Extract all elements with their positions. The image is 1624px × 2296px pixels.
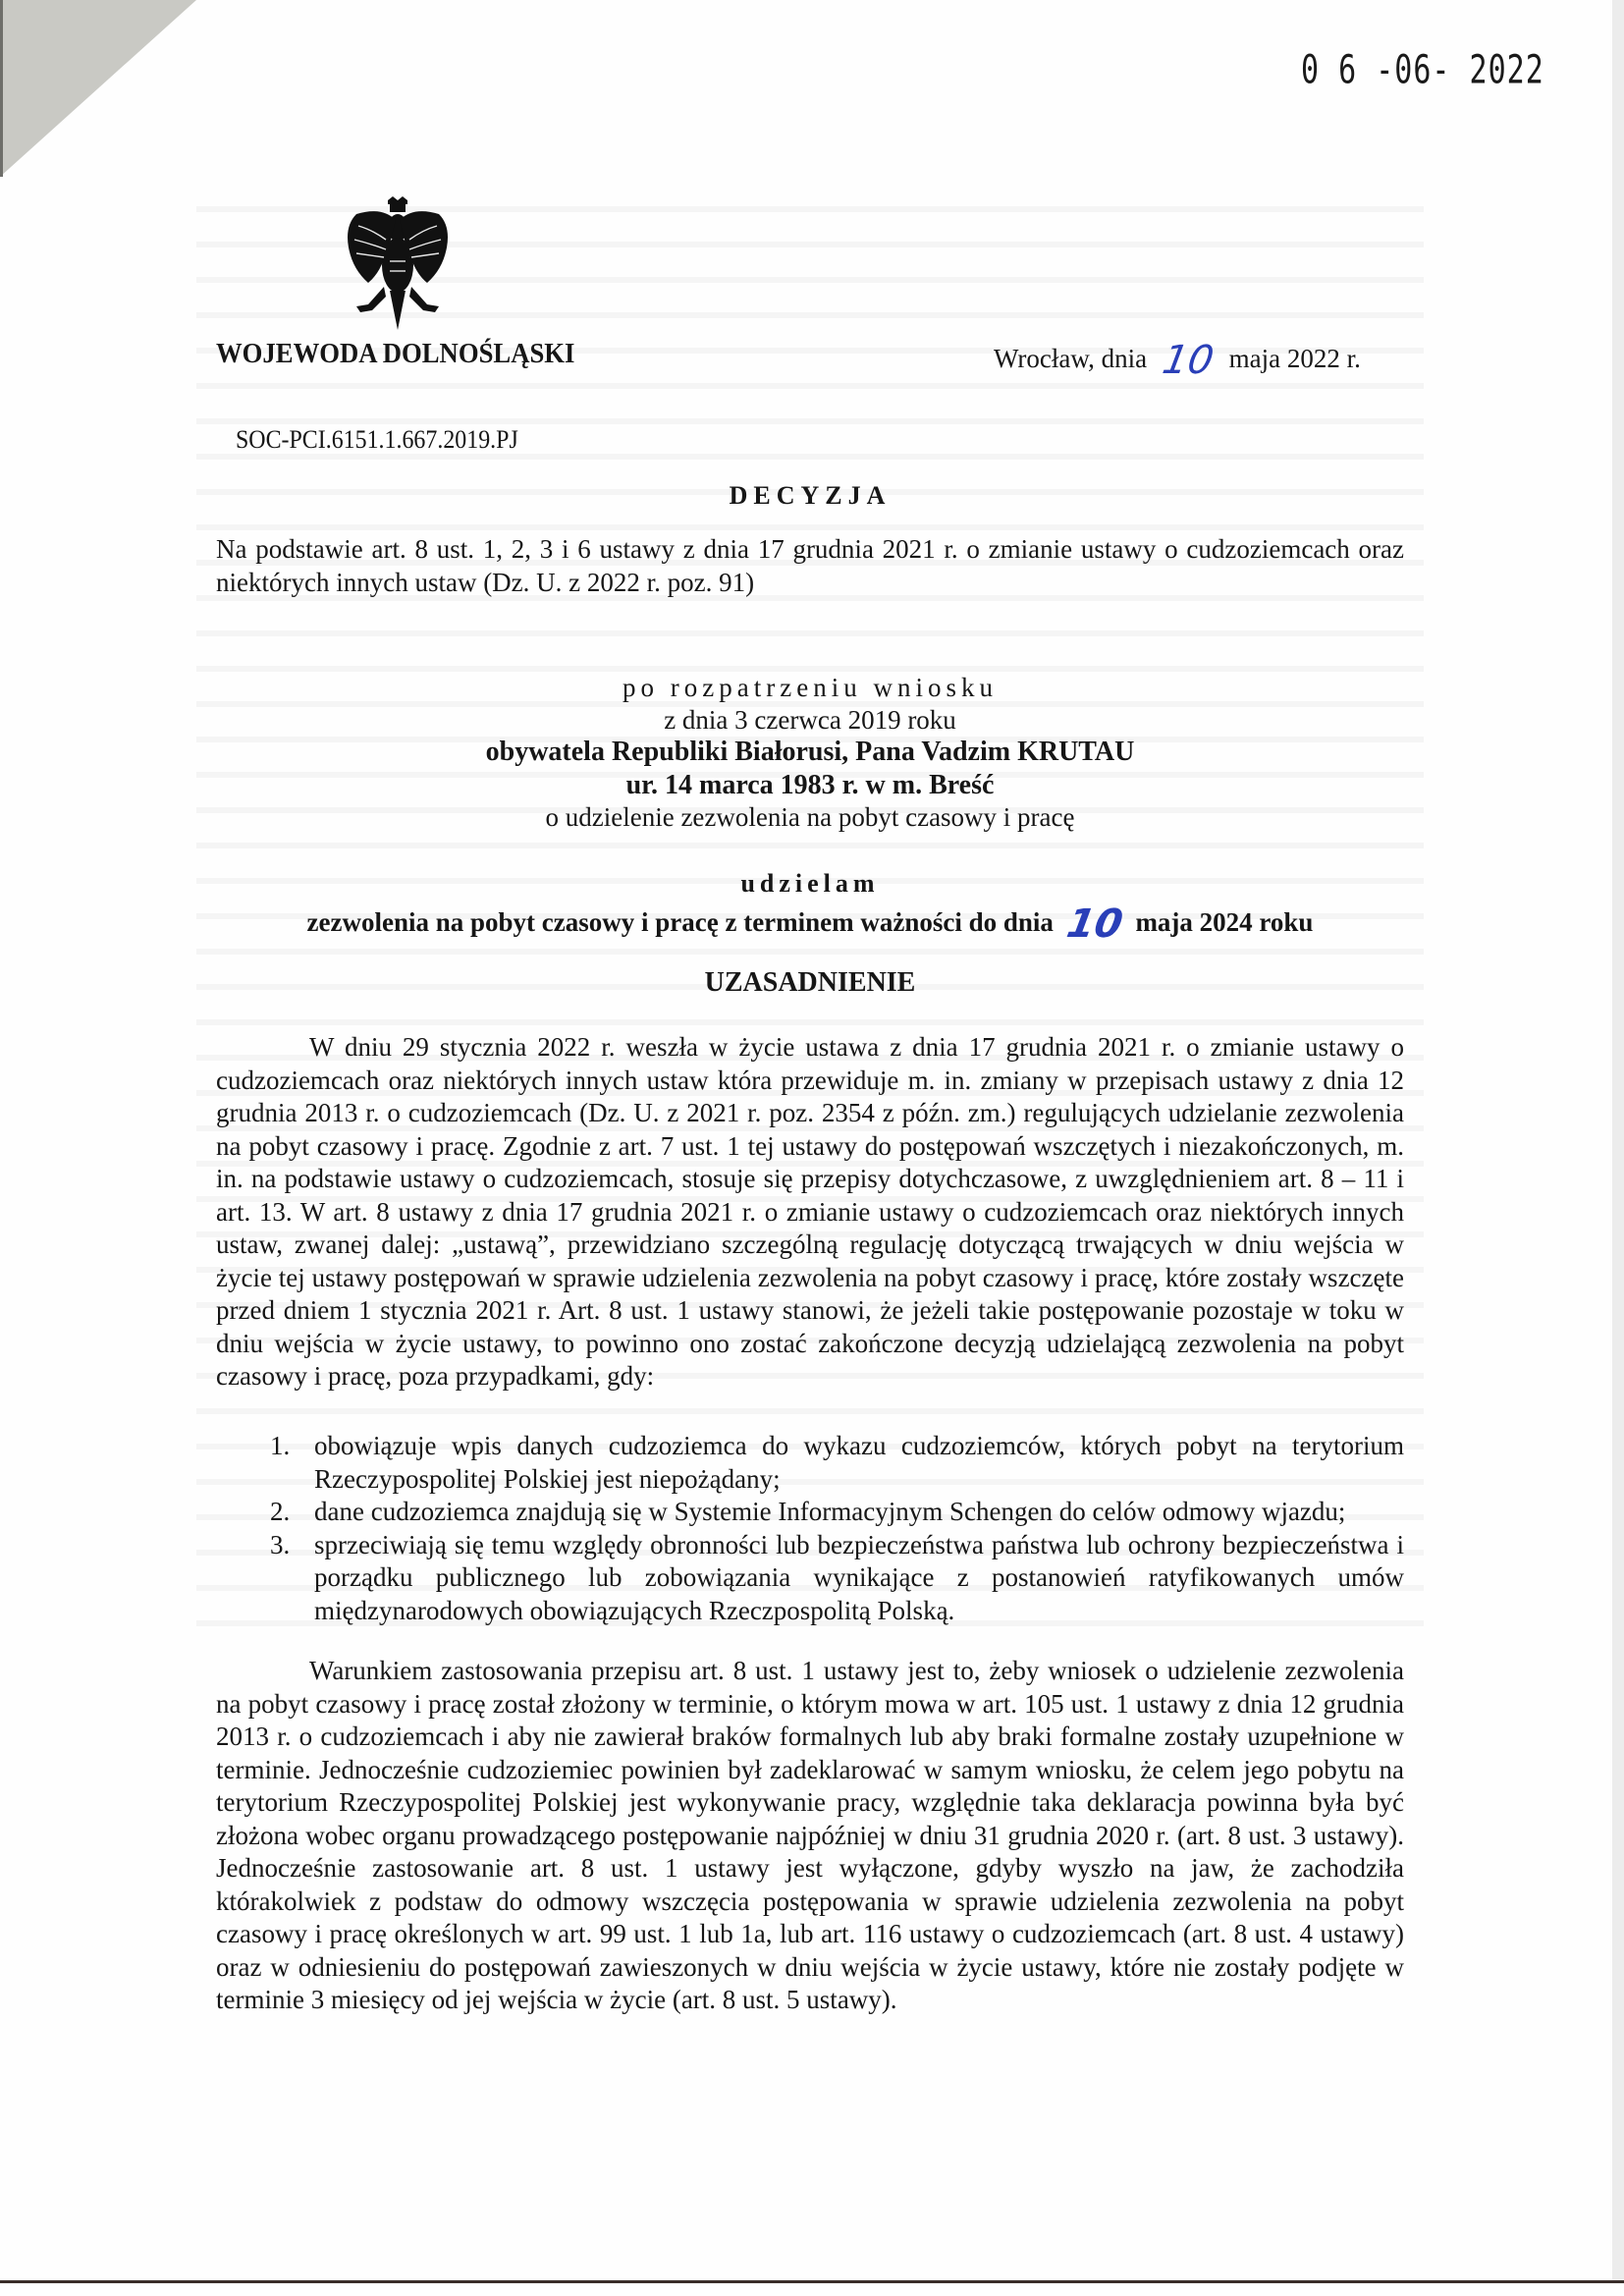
after-review: po rozpatrzeniu wniosku	[216, 673, 1404, 703]
fold-shadow	[0, 0, 3, 177]
received-date-stamp: 0 6 -06- 2022	[1301, 47, 1544, 93]
scanned-page: 0 6 -06- 2022 WOJEWODA DOLNOŚLĄSKI W	[0, 0, 1624, 2296]
application-subject: o udzielenie zezwolenia na pobyt czasowy…	[216, 802, 1404, 833]
list-item: 3.sprzeciwiają się temu względy obronnoś…	[216, 1529, 1404, 1628]
grant-text-prefix: zezwolenia na pobyt czasowy i pracę z te…	[307, 907, 1054, 937]
grant-verb: udzielam	[216, 869, 1404, 899]
legal-basis: Na podstawie art. 8 ust. 1, 2, 3 i 6 ust…	[216, 533, 1404, 599]
justification-paragraph-2: Warunkiem zastosowania przepisu art. 8 u…	[216, 1655, 1404, 2017]
justification-title: UZASADNIENIE	[216, 967, 1404, 999]
applicant-birth: ur. 14 marca 1983 r. w m. Breść	[216, 770, 1404, 801]
list-item: 2.dane cudzoziemca znajdują się w System…	[216, 1496, 1404, 1529]
list-item: 1.obowiązuje wpis danych cudzoziemca do …	[216, 1430, 1404, 1496]
folded-corner	[0, 0, 196, 177]
grant-text: zezwolenia na pobyt czasowy i pracę z te…	[216, 902, 1404, 947]
handwritten-day: 10	[1150, 338, 1226, 383]
case-reference: SOC-PCI.6151.1.667.2019.PJ	[236, 425, 518, 455]
applicant: obywatela Republiki Białorusi, Pana Vadz…	[216, 737, 1404, 768]
place-date-suffix: maja 2022 r.	[1229, 344, 1361, 373]
place-and-date: Wrocław, dnia 10 maja 2022 r.	[994, 338, 1361, 383]
issuing-authority: WOJEWODA DOLNOŚLĄSKI	[216, 338, 574, 370]
decision-title: DECYZJA	[216, 481, 1404, 511]
scan-edge-bottom	[0, 2280, 1624, 2296]
scan-edge-right	[1612, 0, 1624, 2296]
polish-eagle-emblem-icon	[339, 196, 457, 334]
exclusion-list: 1.obowiązuje wpis danych cudzoziemca do …	[216, 1430, 1404, 1627]
place-date-prefix: Wrocław, dnia	[994, 344, 1147, 373]
justification-paragraph-1: W dniu 29 stycznia 2022 r. weszła w życi…	[216, 1031, 1404, 1394]
handwritten-grant-day: 10	[1056, 902, 1133, 947]
application-date: z dnia 3 czerwca 2019 roku	[216, 705, 1404, 736]
grant-text-suffix: maja 2024 roku	[1135, 907, 1313, 937]
